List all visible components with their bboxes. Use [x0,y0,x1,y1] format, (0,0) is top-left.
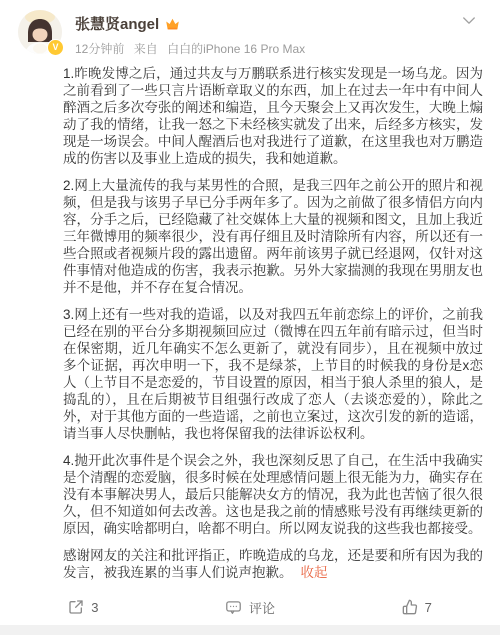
avatar[interactable]: V [18,10,62,54]
post-paragraph: 感谢网友的关注和批评指正，昨晚造成的乌龙，还是要和所有因为我的发言，被我连累的当… [63,547,483,581]
like-count: 7 [425,600,432,615]
thumbs-up-icon [402,599,418,615]
comment-label: 评论 [249,598,275,617]
repost-count: 3 [91,600,98,615]
chevron-down-icon [462,14,476,29]
comment-button[interactable]: 评论 [167,598,334,617]
post-time: 12分钟前 [75,42,124,56]
post-paragraph-text: 感谢网友的关注和批评指正，昨晚造成的乌龙，还是要和所有因为我的发言，被我连累的当… [63,548,483,580]
post-paragraph: 3.网上还有一些对我的造谣，以及对我四五年前恋综上的评价，之前我已经在别的平台分… [63,306,483,442]
crown-icon [165,18,180,30]
post-header: V 张慧贤angel 12分钟前 来自 白白的iPhone 16 Pro Max [0,0,500,57]
like-button[interactable]: 7 [333,599,500,615]
repost-icon [68,599,84,615]
post-menu-button[interactable] [458,12,480,30]
comment-icon [225,599,242,616]
source-prefix: 来自 [134,42,158,56]
post-source[interactable]: 白白的iPhone 16 Pro Max [167,42,305,56]
post-paragraph: 4.抛开此次事件是个误会之外，我也深刻反思了自己，在生活中我确实是个清醒的恋爱脑… [63,452,483,537]
post-content: 1.昨晚发博之后，通过共友与万鹏联系进行核实发现是一场乌龙。因为之前看到了一些只… [0,57,500,581]
post-meta: 12分钟前 来自 白白的iPhone 16 Pro Max [75,40,482,57]
collapse-link[interactable]: 收起 [301,565,328,580]
repost-button[interactable]: 3 [0,599,167,615]
username[interactable]: 张慧贤angel [75,13,159,34]
header-text: 张慧贤angel 12分钟前 来自 白白的iPhone 16 Pro Max [75,10,482,57]
post-paragraph: 1.昨晚发博之后，通过共友与万鹏联系进行核实发现是一场乌龙。因为之前看到了一些只… [63,65,483,167]
page-background-strip [0,625,500,635]
weibo-post-card: V 张慧贤angel 12分钟前 来自 白白的iPhone 16 Pro Max [0,0,500,625]
verified-badge: V [47,39,64,56]
action-bar: 3 评论 7 [0,594,500,620]
post-paragraph: 2.网上大量流传的我与某男性的合照，是我三四年之前公开的照片和视频，但是我与该男… [63,177,483,296]
